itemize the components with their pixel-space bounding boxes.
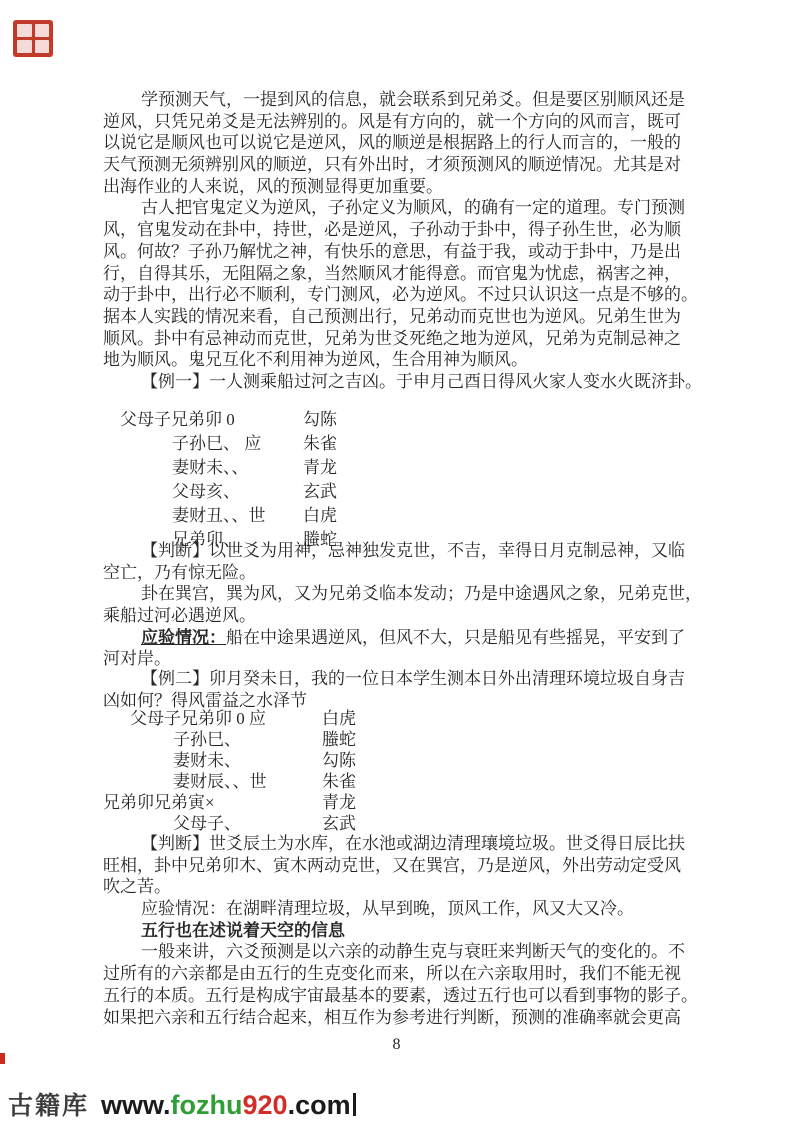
body-line: 出海作业的人来说，风的预测显得更加重要。: [103, 176, 703, 198]
yao-text: 妻财辰、、世: [103, 771, 267, 792]
body-line: 地为顺风。鬼兄互化不利用神为逆风，生合用神为顺风。: [103, 349, 703, 371]
six-god-label: 朱雀: [322, 771, 356, 792]
verification-text: 船在中途果遇逆风，但风不大，只是船见有些摇晃，平安到了: [226, 628, 685, 647]
six-god-label: 玄武: [303, 480, 337, 504]
body-line: 河对岸。: [103, 648, 703, 670]
seal-glyph: [17, 40, 32, 53]
hexagram-row: 子孙巳、 螣蛇: [103, 729, 583, 750]
verification-line: 应验情况：船在中途果遇逆风，但风不大，只是船见有些摇晃，平安到了: [103, 627, 703, 649]
hexagram-row: 父母子、 玄武: [103, 813, 583, 834]
seal-glyph: [35, 40, 50, 53]
body-text-block-4: 【判断】世爻辰土为水库，在水池或湖边清理瓖境垃圾。世爻得日辰比扶 旺相，卦中兄弟…: [103, 833, 703, 1028]
verification-line: 应验情况：在湖畔清理垃圾，从早到晚，顶风工作，风又大又冷。: [103, 898, 703, 920]
body-line: 卦在巽宫，巽为风，又为兄弟爻临本发动；乃是中途遇风之象，兄弟克世，: [103, 583, 703, 605]
yao-text: 父母子兄弟卯 0: [120, 410, 235, 429]
yao-text: 兄弟卯兄弟寅×: [103, 792, 215, 813]
six-god-label: 青龙: [303, 456, 337, 480]
body-line: 五行的本质。五行是构成宇宙最基本的要素，透过五行也可以看到事物的影子。: [103, 985, 703, 1007]
yao-text: 子孙巳、: [103, 729, 241, 750]
body-line: 如果把六亲和五行结合起来，相互作为参考进行判断，预测的准确率就会更高: [103, 1007, 703, 1029]
hexagram-row: 妻财丑、、世 白虎: [120, 504, 600, 528]
banner-reflection: 古籍库 www. fozhu 920 .com: [8, 1113, 351, 1122]
six-god-label: 青龙: [322, 792, 356, 813]
seal-glyph: [17, 24, 32, 37]
body-line: 天气预测无须辨别风的顺逆，只有外出时，才须预测风的顺逆情况。尤其是对: [103, 154, 703, 176]
body-line: 乘船过河必遇逆风。: [103, 605, 703, 627]
hexagram-row: 妻财未、、 青龙: [120, 456, 600, 480]
hexagram-row: 父母子兄弟卯 0 应 白虎: [103, 708, 583, 729]
body-text-block-1: 学预测天气，一提到风的信息，就会联系到兄弟爻。但是要区别顺风还是 逆风，只凭兄弟…: [103, 89, 703, 393]
body-line: 风，官鬼发动在卦中，持世，必是逆风，子孙动于卦中，得子孙生世，必为顺: [103, 219, 703, 241]
verification-label: 应验情况：: [141, 628, 226, 647]
red-seal-stamp-icon: [13, 20, 53, 57]
six-god-label: 玄武: [322, 813, 356, 834]
hexagram-row: 父母子兄弟卯 0 勾陈: [120, 408, 600, 432]
body-line: 顺风。卦中有忌神动而克世，兄弟为世爻死绝之地为逆风，兄弟为克制忌神之: [103, 328, 703, 350]
hexagram-row: 父母亥、 玄武: [120, 480, 600, 504]
section-heading: 五行也在述说着天空的信息: [103, 920, 703, 942]
cursor-bar: [353, 1093, 356, 1116]
body-text-block-3: 【例二】卯月癸未日，我的一位日本学生测本日外出清理环境垃圾自身吉 凶如何？得风雷…: [103, 668, 703, 711]
yao-text: 子孙巳、 应: [120, 432, 261, 456]
hexagram-row: 兄弟卯兄弟寅× 青龙: [103, 792, 583, 813]
judgment-line: 【判断】世爻辰土为水库，在水池或湖边清理瓖境垃圾。世爻得日辰比扶: [103, 833, 703, 855]
scanned-book-page: 学预测天气，一提到风的信息，就会联系到兄弟爻。但是要区别顺风还是 逆风，只凭兄弟…: [0, 0, 793, 1122]
example1-intro-line: 【例一】一人测乘船过河之吉凶。于申月己酉日得风火家人变水火既济卦。: [103, 371, 703, 393]
body-line: 学预测天气，一提到风的信息，就会联系到兄弟爻。但是要区别顺风还是: [103, 89, 703, 111]
example2-intro-line: 【例二】卯月癸未日，我的一位日本学生测本日外出清理环境垃圾自身吉: [103, 668, 703, 690]
six-god-label: 朱雀: [303, 432, 337, 456]
body-line: 动于卦中，出行必不顺利，专门测风，必为逆风。不过只认识这一点是不够的。: [103, 284, 703, 306]
body-line: 空亡，乃有惊无险。: [103, 562, 703, 584]
body-line: 过所有的六亲都是由五行的生克变化而来，所以在六亲取用时，我们不能无视: [103, 963, 703, 985]
yao-text: 妻财未、: [103, 750, 241, 771]
six-god-label: 白虎: [322, 708, 356, 729]
yao-text: 父母子兄弟卯 0 应: [103, 708, 266, 729]
seal-glyph: [35, 24, 50, 37]
hexagram-row: 妻财未、 勾陈: [103, 750, 583, 771]
six-god-label: 白虎: [303, 504, 337, 528]
six-god-label: 勾陈: [322, 750, 356, 771]
yao-text: 父母子、: [103, 813, 241, 834]
body-line: 以说它是顺风也可以说它是逆风，风的顺逆是根据路上的行人而言的，一般的: [103, 132, 703, 154]
page-number: 8: [0, 1036, 793, 1054]
hexagram-table-1: 父母子兄弟卯 0 勾陈 子孙巳、 应 朱雀 妻财未、、 青龙 父母亥、 玄武 妻…: [120, 408, 600, 552]
body-line: 风。何故？子孙乃解忧之神，有快乐的意思，有益于我，或动于卦中，乃是出: [103, 241, 703, 263]
body-line: 据本人实践的情况来看，自己预测出行，兄弟动而克世也为逆风。兄弟生世为: [103, 306, 703, 328]
hexagram-row: 妻财辰、、世 朱雀: [103, 771, 583, 792]
yao-text: 父母亥、: [120, 480, 240, 504]
body-line: 旺相，卦中兄弟卯木、寅木两动克世，又在巽宫，乃是逆风，外出劳动定受风: [103, 855, 703, 877]
hexagram-table-2: 父母子兄弟卯 0 应 白虎 子孙巳、 螣蛇 妻财未、 勾陈 妻财辰、、世 朱雀 …: [103, 708, 583, 834]
body-text-block-2: 【判断】以世爻为用神，忌神独发克世，不吉，幸得日月克制忌神，又临 空亡，乃有惊无…: [103, 540, 703, 670]
six-god-label: 螣蛇: [322, 729, 356, 750]
yao-text: 妻财未、、: [120, 456, 249, 480]
body-line: 古人把官鬼定义为逆风，子孙定义为顺风，的确有一定的道理。专门预测: [103, 197, 703, 219]
red-mark: [0, 1053, 5, 1064]
body-line: 逆风，只凭兄弟爻是无法辨别的。风是有方向的，就一个方向的风而言，既可: [103, 111, 703, 133]
judgment-line: 【判断】以世爻为用神，忌神独发克世，不吉，幸得日月克制忌神，又临: [103, 540, 703, 562]
yao-text: 妻财丑、、世: [120, 504, 266, 528]
body-line: 一般来讲，六爻预测是以六亲的动静生克与衰旺来判断天气的变化的。不: [103, 941, 703, 963]
body-line: 吹之苦。: [103, 876, 703, 898]
body-line: 行，自得其乐，无阻隔之象，当然顺风才能得意。而官鬼为忧虑，祸害之神，: [103, 263, 703, 285]
hexagram-row: 子孙巳、 应 朱雀: [120, 432, 600, 456]
six-god-label: 勾陈: [303, 408, 337, 432]
